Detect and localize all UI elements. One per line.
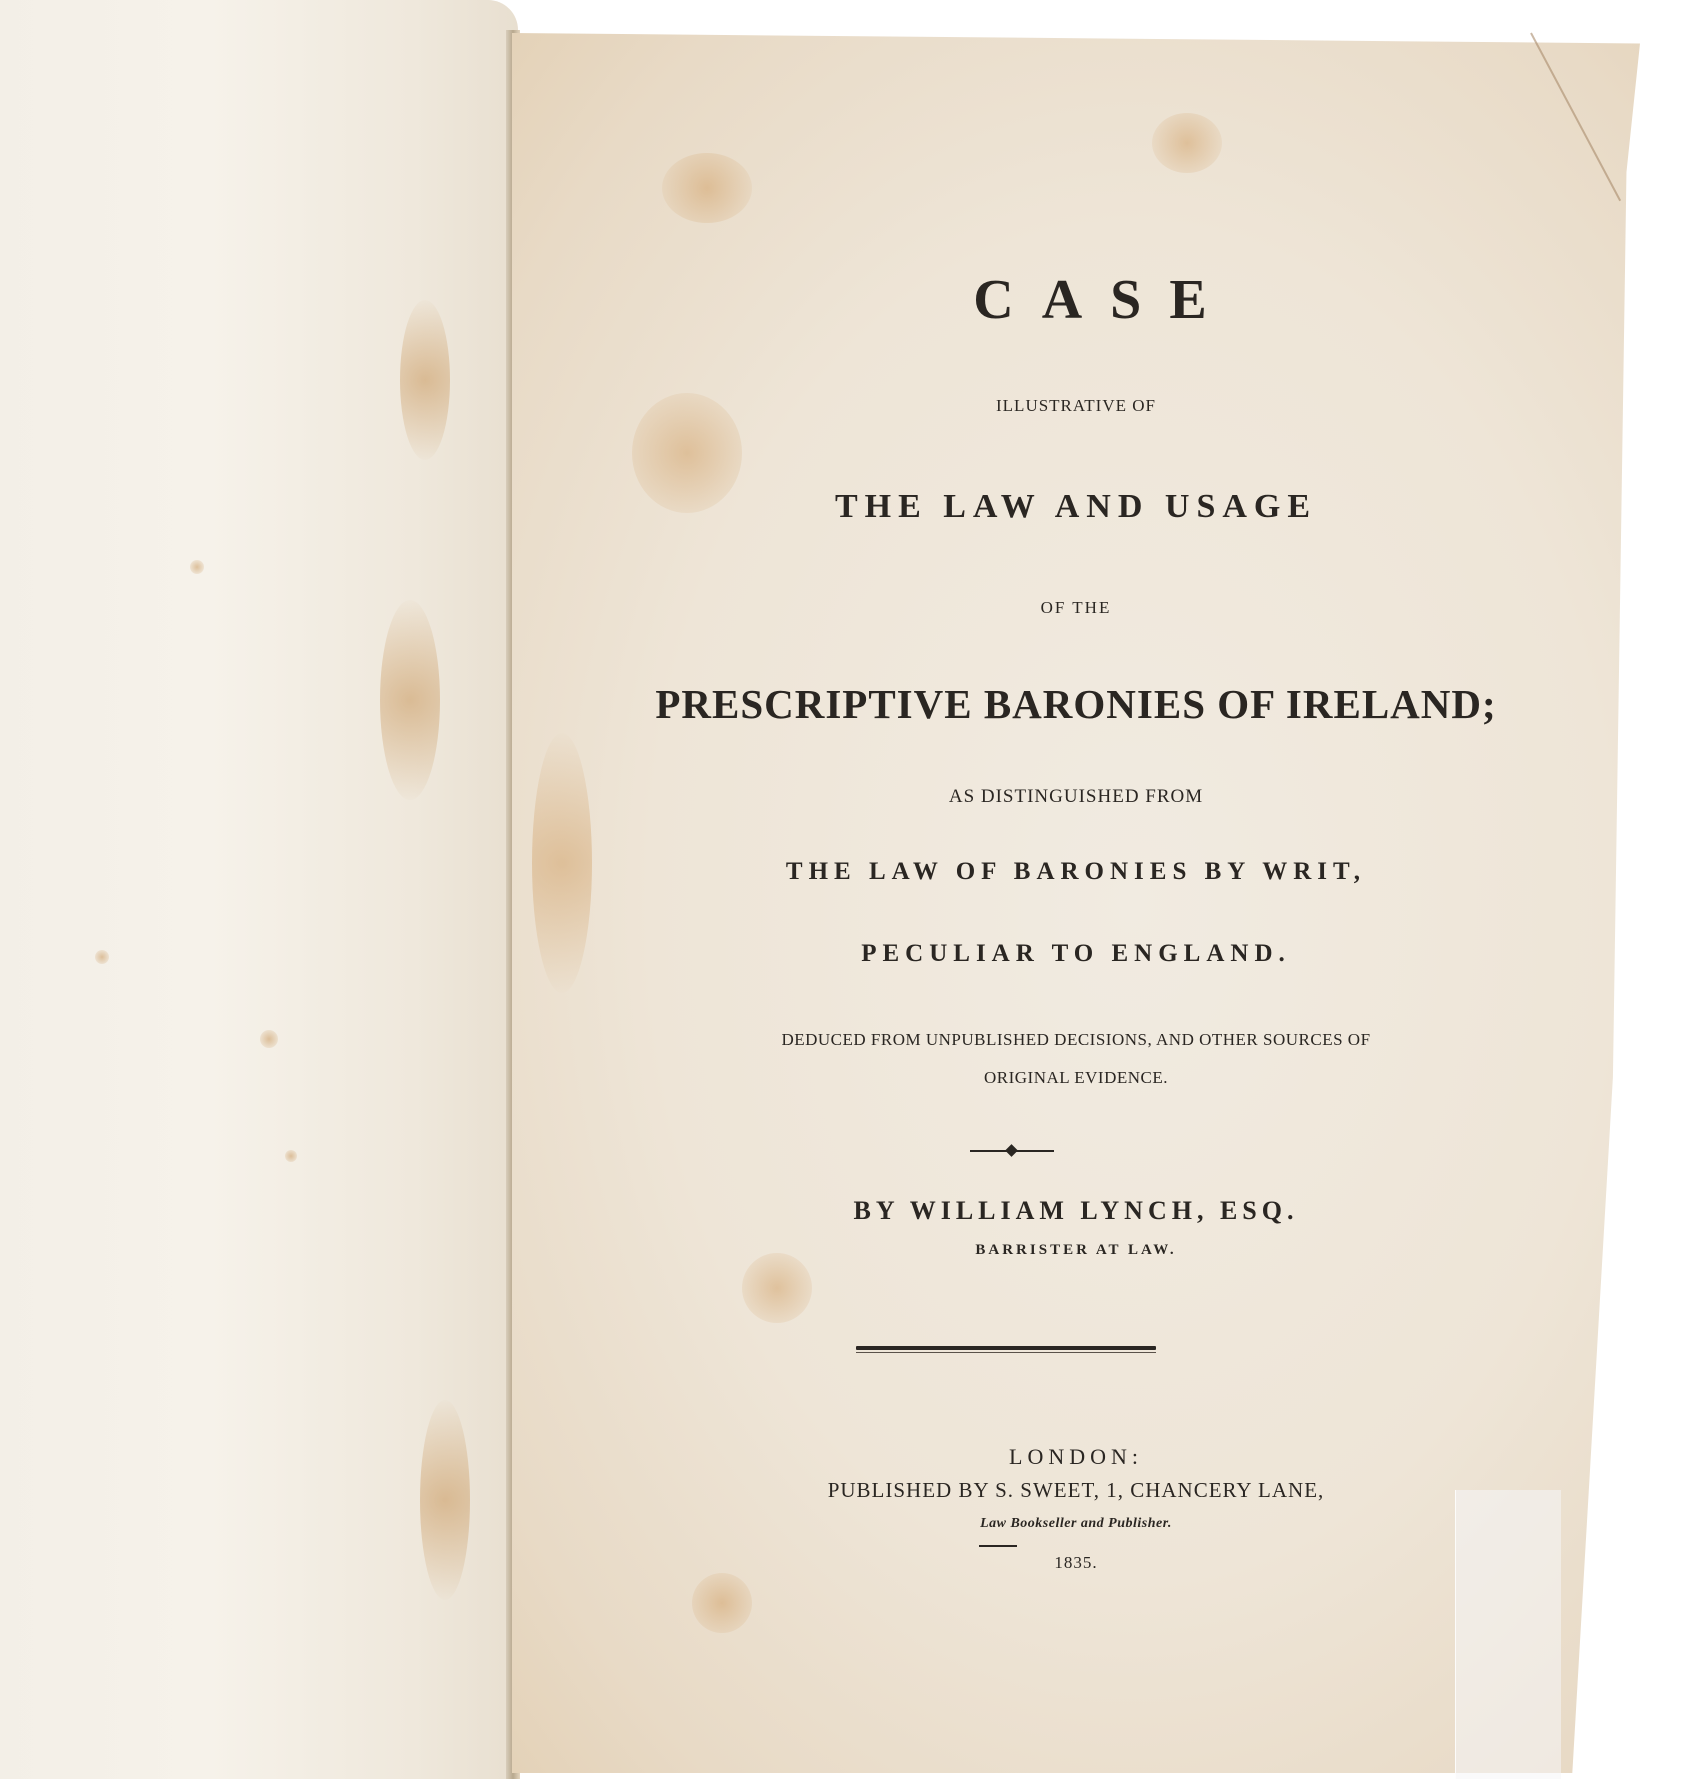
foxing-stain — [400, 300, 450, 460]
foxing-stain — [742, 1253, 812, 1323]
subtitle-of-the: OF THE — [512, 598, 1640, 618]
thin-rule — [856, 1352, 1156, 1353]
title-law-and-usage: THE LAW AND USAGE — [512, 488, 1640, 526]
foxing-stain — [662, 153, 752, 223]
foxing-spot — [285, 1150, 297, 1162]
foxing-stain — [692, 1573, 752, 1633]
title-peculiar: PECULIAR TO ENGLAND. — [512, 940, 1640, 968]
acrylic-book-stand — [1455, 1490, 1561, 1779]
foxing-stain — [380, 600, 440, 800]
title-case: CASE — [512, 268, 1668, 332]
title-prescriptive-baronies: PRESCRIPTIVE BARONIES OF IRELAND; — [512, 680, 1640, 728]
diamond-ornament — [970, 1146, 1054, 1156]
foxing-stain — [1632, 143, 1672, 183]
diamond-icon — [1005, 1144, 1018, 1157]
title-law-of-baronies: THE LAW OF BARONIES BY WRIT, — [512, 858, 1640, 886]
author-title: BARRISTER AT LAW. — [512, 1242, 1640, 1259]
foxing-spot — [190, 560, 204, 574]
imprint-city: LONDON: — [512, 1444, 1640, 1470]
subtitle-illustrative: ILLUSTRATIVE OF — [512, 396, 1640, 416]
short-rule — [979, 1545, 1017, 1547]
thick-rule — [856, 1346, 1156, 1350]
foxing-stain — [420, 1400, 470, 1600]
author-line: BY WILLIAM LYNCH, ESQ. — [512, 1196, 1640, 1226]
subtitle-distinguished: AS DISTINGUISHED FROM — [512, 786, 1640, 808]
foxing-spot — [95, 950, 109, 964]
subtitle-original: ORIGINAL EVIDENCE. — [512, 1068, 1640, 1088]
foxing-stain — [1152, 113, 1222, 173]
subtitle-deduced: DEDUCED FROM UNPUBLISHED DECISIONS, AND … — [512, 1030, 1640, 1050]
left-flyleaf-page — [0, 0, 518, 1779]
foxing-spot — [260, 1030, 278, 1048]
